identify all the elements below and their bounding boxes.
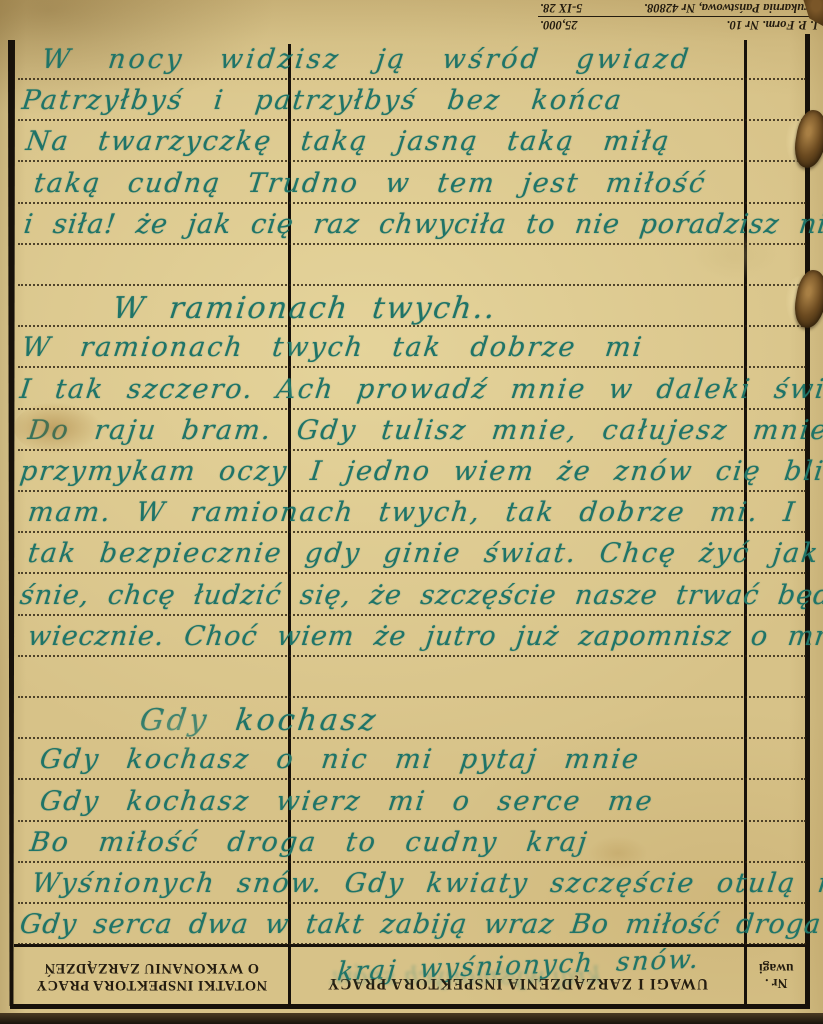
dotted-rule [18, 696, 806, 698]
handwritten-line: przymykam oczy I jedno wiem że znów cię … [18, 456, 823, 487]
dotted-rule [18, 531, 806, 533]
handwritten-line: Gdy kochasz wierz mi o serce me [38, 786, 655, 817]
dotted-rule [18, 572, 806, 574]
paper-stain [588, 836, 648, 870]
dotted-rule [18, 202, 806, 204]
footer-uwagi-label: uwagi [759, 961, 794, 976]
handwritten-line: wiecznie. Choć wiem że jutro już zapomni… [26, 621, 823, 652]
imprint-printer: Drukarnia Państwowa, Nr 42808. [644, 1, 818, 15]
dotted-rule [18, 119, 806, 121]
footer-notes-line2: O WYKONANIU ZARZĄDZEŃ [36, 959, 267, 976]
dotted-rule [18, 614, 806, 616]
dotted-rule [18, 861, 806, 863]
dotted-rule [18, 284, 806, 286]
scanned-notebook-page: I. P. Form. Nr 10. 25,000. Drukarnia Pań… [0, 0, 823, 1024]
handwritten-line: Gdy kochasz [138, 703, 380, 738]
footer-nr-label: Nr . [759, 976, 794, 991]
dotted-rule [18, 778, 806, 780]
handwritten-line: taką cudną Trudno w tem jest miłość [32, 168, 708, 199]
footer-notes-line1: NOTATKI INSPEKTORA PRACY [36, 976, 267, 993]
handwritten-line: Gdy kochasz o nic mi pytaj mnie [38, 744, 642, 775]
handwritten-line: I tak szczero. Ach prowadź mnie w daleki… [18, 374, 823, 405]
handwritten-line: i siła! że jak cię raz chwyciła to nie p… [22, 209, 823, 240]
dotted-rule [18, 366, 806, 368]
footer-cell-nr: Nr . uwagi [747, 947, 805, 1004]
imprint-divider [538, 16, 820, 17]
dotted-rule [18, 160, 806, 162]
handwritten-line: tak bezpiecznie gdy ginie świat. Chcę ży… [26, 538, 823, 569]
imprint-printer-row: Drukarnia Państwowa, Nr 42808. 5-IX 28. [538, 1, 820, 16]
handwritten-line: Patrzyłbyś i patrzyłbyś bez końca [20, 85, 625, 116]
imprint-copies: 25,000. [540, 18, 578, 32]
dotted-rule [18, 820, 806, 822]
dotted-rule [18, 490, 806, 492]
printers-imprint: I. P. Form. Nr 10. 25,000. Drukarnia Pań… [538, 1, 820, 32]
frame-left-border [8, 40, 15, 1006]
dotted-rule [18, 408, 806, 410]
dotted-rule [18, 737, 806, 739]
handwritten-line: Bo miłość droga to cudny kraj [28, 827, 590, 858]
imprint-form-number: I. P. Form. Nr 10. [727, 18, 818, 32]
frame-bottom-border [10, 1004, 810, 1009]
binding-remnant [792, 270, 823, 332]
scan-edge-shadow [0, 1013, 823, 1024]
dotted-rule [18, 78, 806, 80]
footer-notes-text: NOTATKI INSPEKTORA PRACY O WYKONANIU ZAR… [36, 959, 267, 993]
handwritten-line: Na twarzyczkę taką jasną taką miłą [24, 126, 672, 157]
handwritten-line: Gdy serca dwa w takt zabiją wraz Bo miło… [18, 909, 823, 940]
imprint-date: 5-IX 28. [540, 1, 582, 15]
dotted-rule [18, 449, 806, 451]
handwritten-line: W ramionach twych tak dobrze mi [20, 332, 645, 363]
handwritten-line: W nocy widzisz ją wśród gwiazd [40, 44, 693, 75]
handwritten-line: W ramionach twych.. [111, 291, 499, 326]
footer-nr-text: Nr . uwagi [759, 961, 794, 991]
dotted-rule [18, 243, 806, 245]
binding-remnant [792, 110, 823, 172]
dotted-rule [18, 655, 806, 657]
handwritten-line: mam. W ramionach twych, tak dobrze mi. I [26, 497, 798, 528]
footer-cell-notes: NOTATKI INSPEKTORA PRACY O WYKONANIU ZAR… [15, 947, 288, 1004]
handwritten-line: Do raju bram. Gdy tulisz mnie, całujesz … [26, 415, 823, 446]
imprint-form-row: I. P. Form. Nr 10. 25,000. [538, 17, 820, 32]
handwritten-line: Wyśnionych snów. Gdy kwiaty szczęście ot… [30, 868, 823, 899]
dotted-rule [18, 902, 806, 904]
handwritten-line: śnie, chcę łudzić się, że szczęście nasz… [18, 580, 823, 611]
ink-transfer-smudge: kraj wyśnionych snów. [328, 962, 600, 990]
